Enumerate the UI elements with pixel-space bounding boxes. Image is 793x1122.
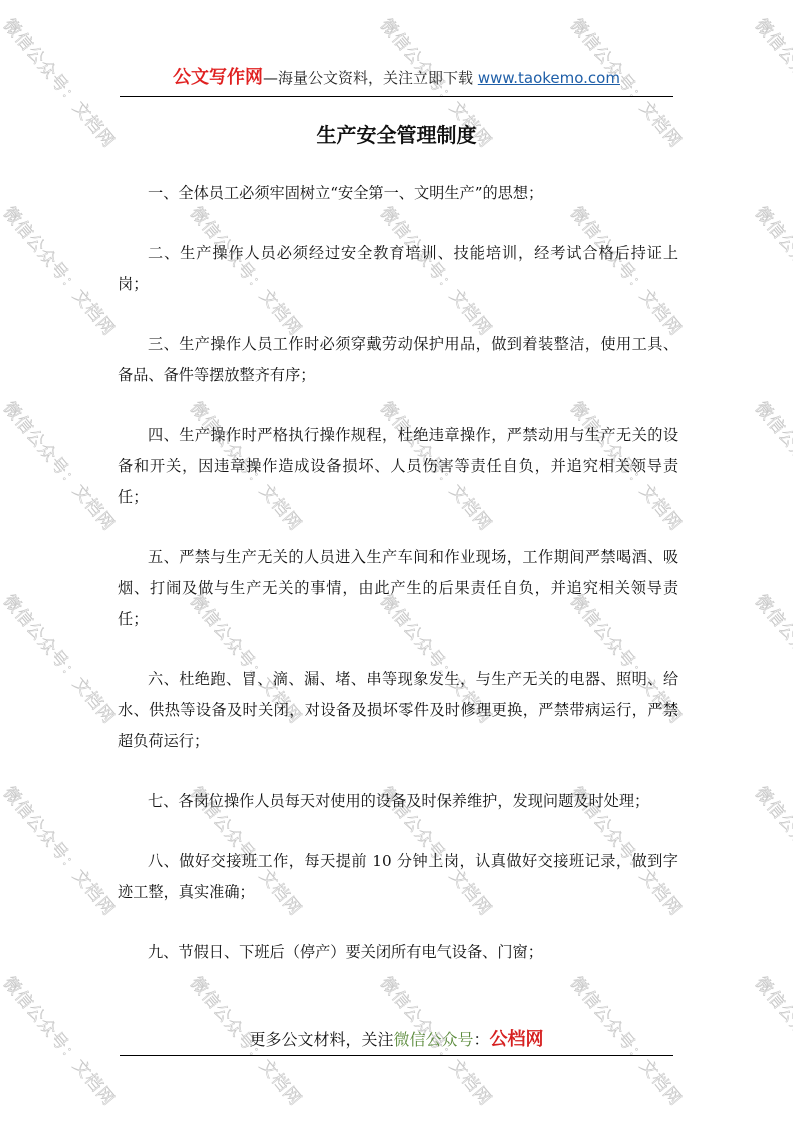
paragraph-7: 七、各岗位操作人员每天对使用的设备及时保养维护，发现问题及时处理； [118, 786, 678, 817]
watermark: 微信公众号：文档网 [0, 588, 122, 728]
paragraph-4: 四、生产操作时严格执行操作规程，杜绝违章操作，严禁动用与生产无关的设备和开关，因… [118, 420, 678, 513]
watermark: 微信公众号：文档网 [751, 200, 793, 340]
footer-colon: ： [474, 1030, 490, 1049]
paragraph-5: 五、严禁与生产无关的人员进入生产车间和作业现场，工作期间严禁喝酒、吸烟、打闹及做… [118, 542, 678, 635]
page-footer: 更多公文材料，关注微信公众号：公档网 [120, 1028, 673, 1052]
watermark: 微信公众号：文档网 [0, 200, 122, 340]
watermark: 微信公众号：文档网 [751, 588, 793, 728]
watermark: 微信公众号：文档网 [0, 970, 122, 1110]
watermark: 微信公众号：文档网 [751, 395, 793, 535]
header-url-link[interactable]: www.taokemo.com [478, 69, 620, 87]
footer-brand: 公档网 [490, 1029, 544, 1050]
footer-lead-text: 更多公文材料，关注 [249, 1030, 393, 1049]
document-title: 生产安全管理制度 [0, 120, 793, 150]
document-body: 一、全体员工必须牢固树立“安全第一、文明生产”的思想； 二、生产操作人员必须经过… [118, 178, 678, 997]
watermark: 微信公众号：文档网 [0, 395, 122, 535]
watermark: 微信公众号：文档网 [751, 780, 793, 920]
footer-wechat-label: 微信公众号 [393, 1030, 473, 1049]
header-brand: 公文写作网 [173, 67, 263, 88]
paragraph-9: 九、节假日、下班后（停产）要关闭所有电气设备、门窗； [118, 937, 678, 968]
paragraph-8: 八、做好交接班工作，每天提前 10 分钟上岗，认真做好交接班记录，做到字迹工整，… [118, 846, 678, 908]
header-divider [120, 96, 673, 97]
page-header: 公文写作网—海量公文资料，关注立即下载 www.taokemo.com [120, 66, 673, 90]
watermark: 微信公众号：文档网 [751, 970, 793, 1110]
paragraph-1: 一、全体员工必须牢固树立“安全第一、文明生产”的思想； [118, 178, 678, 209]
header-tagline: —海量公文资料，关注立即下载 [263, 69, 478, 87]
watermark: 微信公众号：文档网 [0, 780, 122, 920]
paragraph-6: 六、杜绝跑、冒、滴、漏、堵、串等现象发生，与生产无关的电器、照明、给水、供热等设… [118, 664, 678, 757]
paragraph-2: 二、生产操作人员必须经过安全教育培训、技能培训，经考试合格后持证上岗； [118, 238, 678, 300]
paragraph-3: 三、生产操作人员工作时必须穿戴劳动保护用品，做到着装整洁，使用工具、备品、备件等… [118, 329, 678, 391]
footer-divider [120, 1055, 673, 1056]
